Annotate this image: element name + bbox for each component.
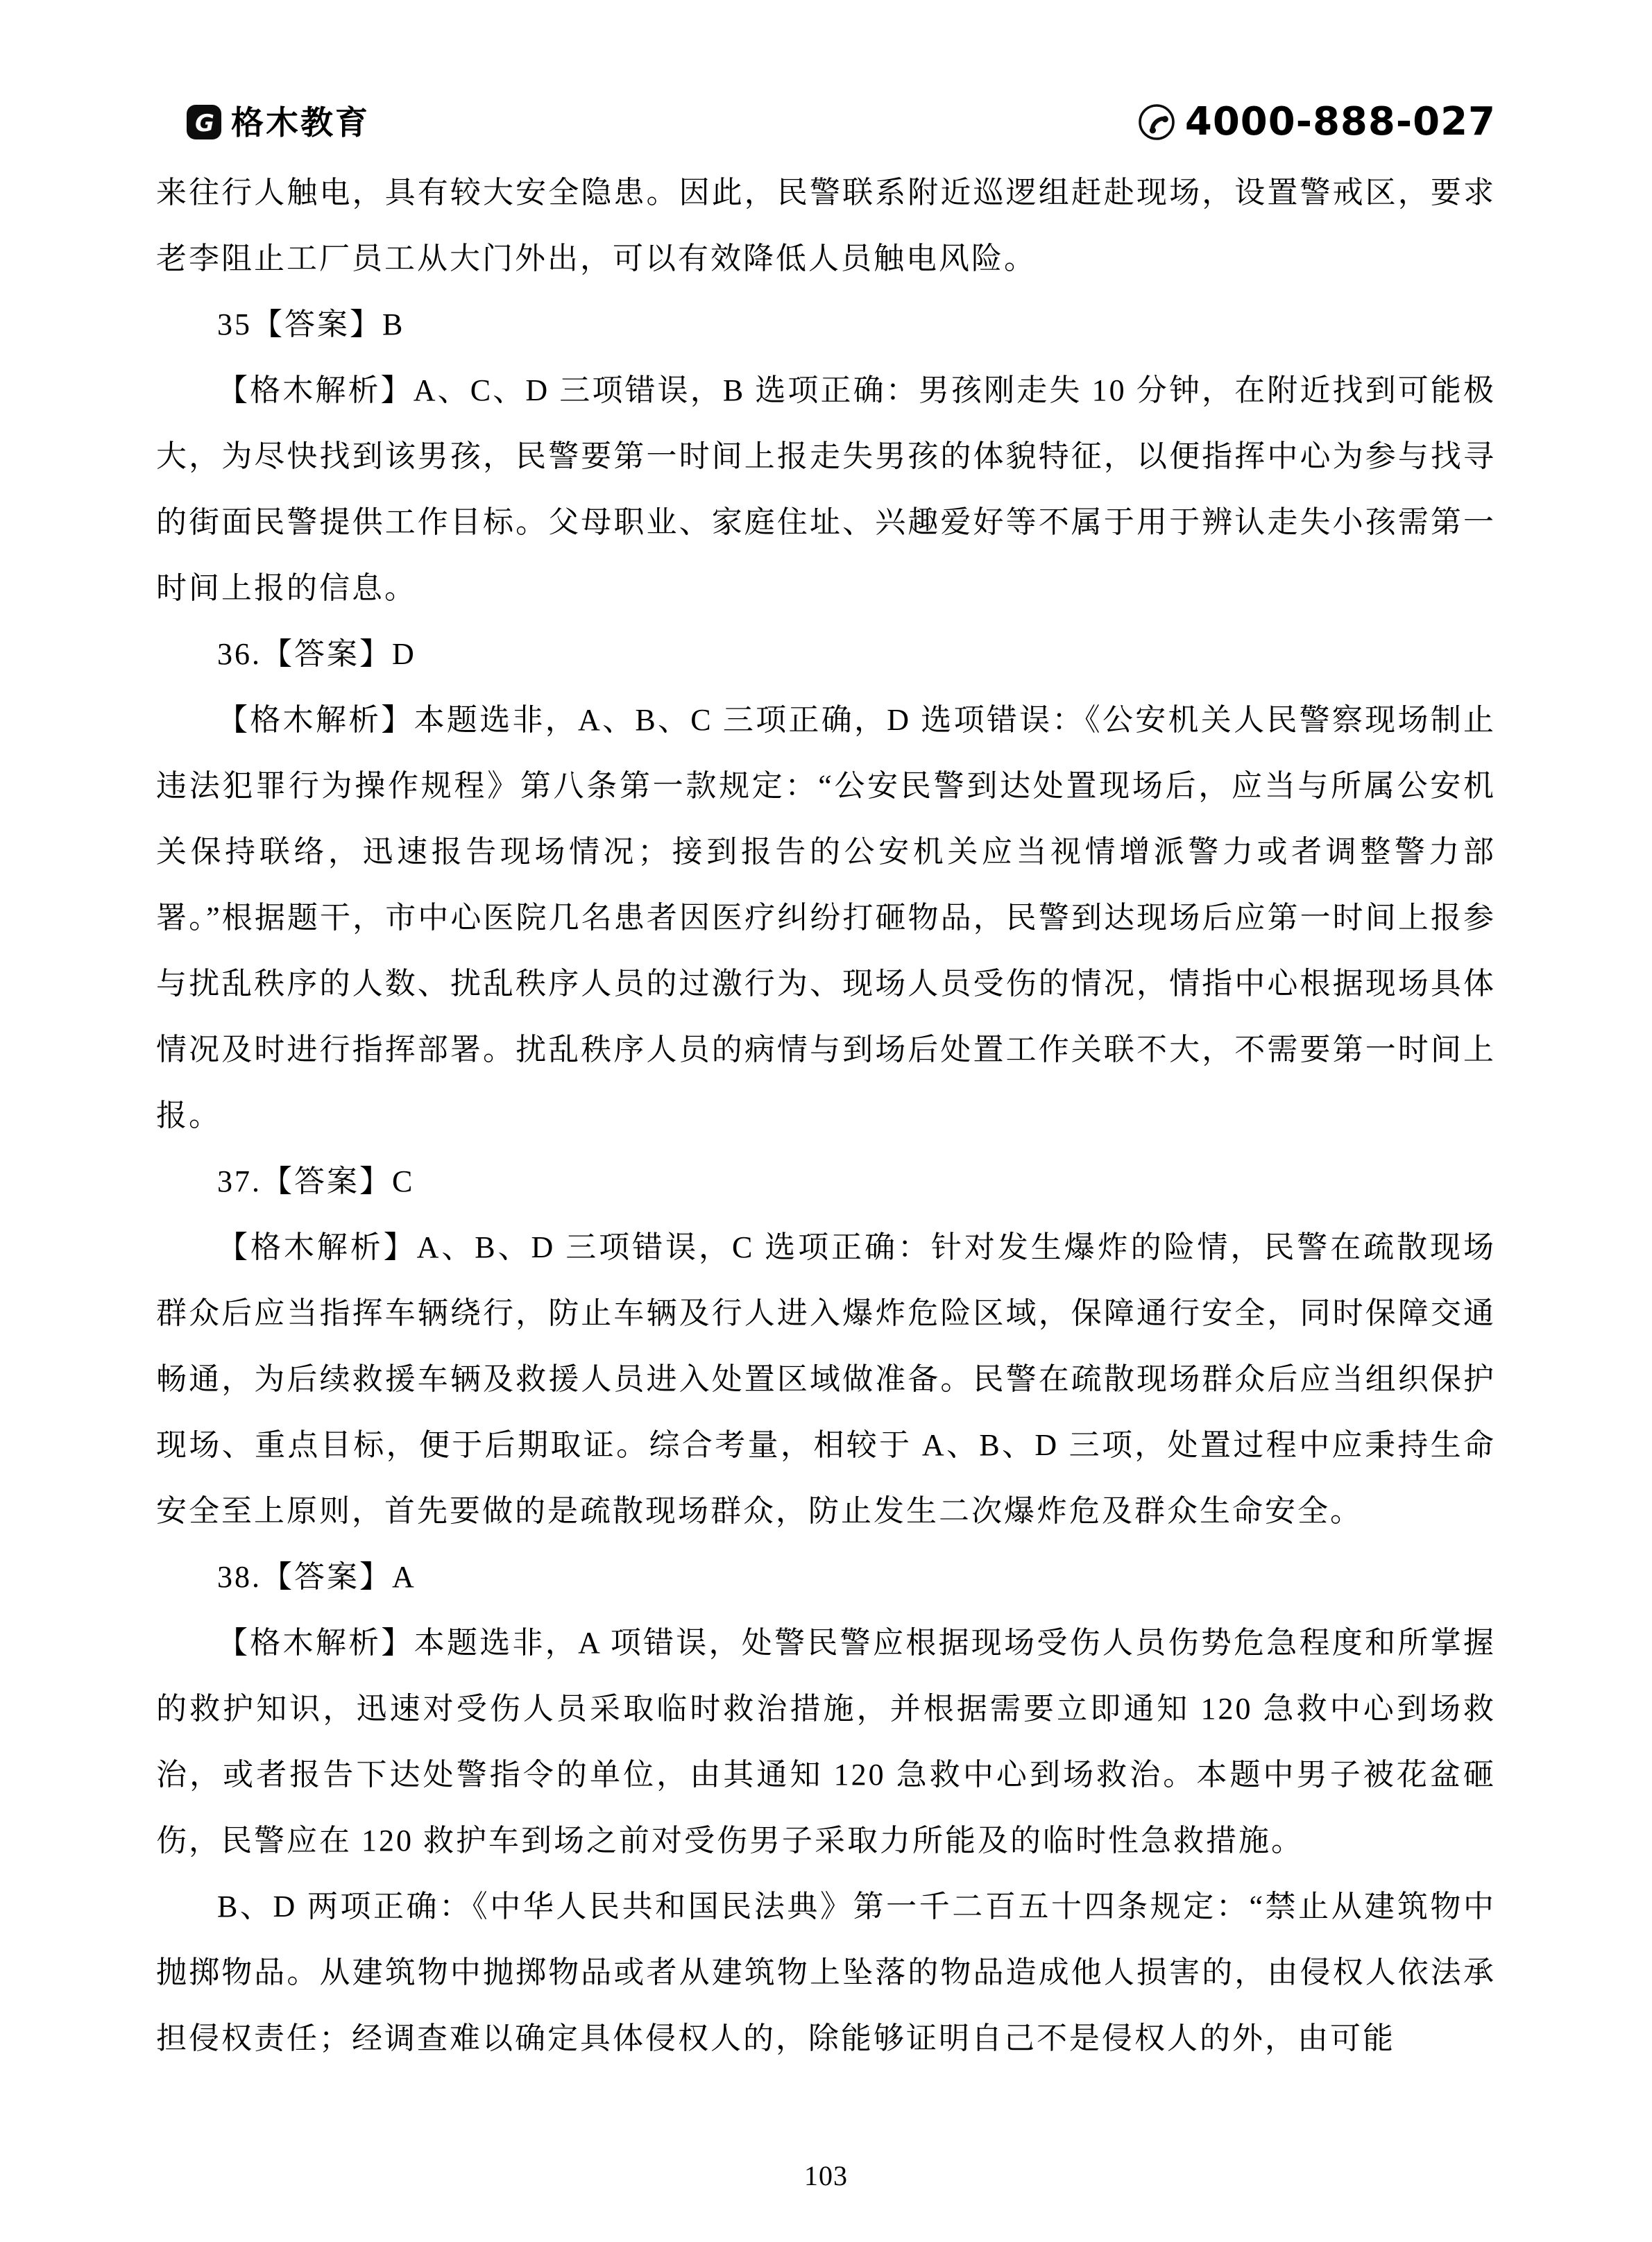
analysis-36: 【格木解析】本题选非，A、B、C 三项正确，D 选项错误：《公安机关人民警察现场… xyxy=(156,687,1496,1148)
phone-number: 4000-888-027 xyxy=(1185,103,1496,142)
phone-icon xyxy=(1138,103,1175,141)
answer-38: 38.【答案】A xyxy=(156,1544,1496,1610)
g-leaf-logo-icon: G xyxy=(187,105,221,139)
page-number: 103 xyxy=(804,2160,848,2191)
brand-logo: G 格木教育 xyxy=(187,105,370,139)
page-footer: 103 xyxy=(0,2159,1652,2193)
answer-37: 37.【答案】C xyxy=(156,1148,1496,1214)
analysis-38-continued: B、D 两项正确：《中华人民共和国民法典》第一千二百五十四条规定：“禁止从建筑物… xyxy=(156,1874,1496,2071)
analysis-35: 【格木解析】A、C、D 三项错误，B 选项正确：男孩刚走失 10 分钟，在附近找… xyxy=(156,357,1496,621)
answer-36: 36.【答案】D xyxy=(156,621,1496,687)
document-page: G 格木教育 4000-888-027 来往行人触电，具有较大安全隐患。因此，民… xyxy=(0,0,1652,2242)
answer-35: 35【答案】B xyxy=(156,291,1496,357)
continuation-paragraph: 来往行人触电，具有较大安全隐患。因此，民警联系附近巡逻组赶赴现场，设置警戒区，要… xyxy=(156,160,1496,291)
contact-phone: 4000-888-027 xyxy=(1138,103,1496,142)
document-body: 来往行人触电，具有较大安全隐患。因此，民警联系附近巡逻组赶赴现场，设置警戒区，要… xyxy=(156,160,1496,2071)
svg-text:G: G xyxy=(195,110,214,137)
analysis-37: 【格木解析】A、B、D 三项错误，C 选项正确：针对发生爆炸的险情，民警在疏散现… xyxy=(156,1214,1496,1544)
analysis-38: 【格木解析】本题选非，A 项错误，处警民警应根据现场受伤人员伤势危急程度和所掌握… xyxy=(156,1610,1496,1874)
brand-name: 格木教育 xyxy=(231,105,370,139)
page-header: G 格木教育 4000-888-027 xyxy=(156,100,1496,144)
